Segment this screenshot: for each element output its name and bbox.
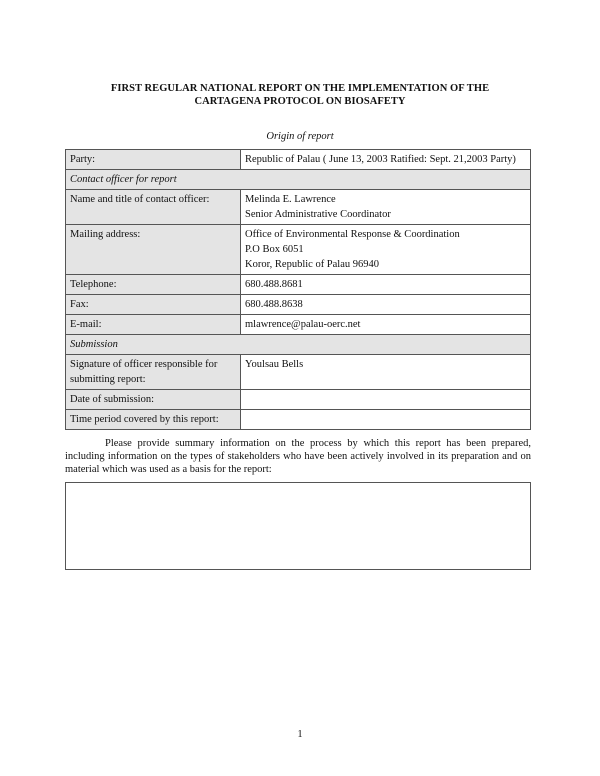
party-value: Republic of Palau ( June 13, 2003 Ratifi… bbox=[241, 150, 531, 170]
page-number: 1 bbox=[0, 729, 600, 740]
date-of-submission-label: Date of submission: bbox=[66, 390, 241, 410]
mailing-address-line-3: Koror, Republic of Palau 96940 bbox=[245, 257, 526, 272]
table-row-party: Party: Republic of Palau ( June 13, 2003… bbox=[66, 150, 531, 170]
table-row-time-period: Time period covered by this report: bbox=[66, 410, 531, 430]
time-period-value bbox=[241, 410, 531, 430]
summary-instructions: Please provide summary information on th… bbox=[65, 437, 531, 476]
table-row-submission-section: Submission bbox=[66, 335, 531, 355]
table-row-date-of-submission: Date of submission: bbox=[66, 390, 531, 410]
table-row-email: E-mail: mlawrence@palau-oerc.net bbox=[66, 315, 531, 335]
time-period-label: Time period covered by this report: bbox=[66, 410, 241, 430]
contact-name-value: Melinda E. Lawrence Senior Administrativ… bbox=[241, 190, 531, 225]
table-row-contact-name: Name and title of contact officer: Melin… bbox=[66, 190, 531, 225]
mailing-address-label: Mailing address: bbox=[66, 225, 241, 275]
telephone-label: Telephone: bbox=[66, 275, 241, 295]
signature-value: Youlsau Bells bbox=[241, 355, 531, 390]
contact-officer-title: Senior Administrative Coordinator bbox=[245, 207, 526, 222]
report-title: FIRST REGULAR NATIONAL REPORT ON THE IMP… bbox=[60, 82, 540, 108]
contact-name-label: Name and title of contact officer: bbox=[66, 190, 241, 225]
fax-value: 680.488.8638 bbox=[241, 295, 531, 315]
mailing-address-line-1: Office of Environmental Response & Coord… bbox=[245, 227, 526, 242]
signature-label: Signature of officer responsible for sub… bbox=[66, 355, 241, 390]
contact-officer-name: Melinda E. Lawrence bbox=[245, 192, 526, 207]
fax-label: Fax: bbox=[66, 295, 241, 315]
origin-of-report-table: Party: Republic of Palau ( June 13, 2003… bbox=[65, 149, 531, 430]
table-row-contact-section: Contact officer for report bbox=[66, 170, 531, 190]
contact-officer-section-header: Contact officer for report bbox=[66, 170, 531, 190]
date-of-submission-value bbox=[241, 390, 531, 410]
table-row-telephone: Telephone: 680.488.8681 bbox=[66, 275, 531, 295]
table-row-fax: Fax: 680.488.8638 bbox=[66, 295, 531, 315]
summary-answer-box bbox=[65, 482, 531, 570]
telephone-value: 680.488.8681 bbox=[241, 275, 531, 295]
table-row-signature: Signature of officer responsible for sub… bbox=[66, 355, 531, 390]
section-heading-origin: Origin of report bbox=[60, 131, 540, 142]
party-label: Party: bbox=[66, 150, 241, 170]
report-title-line-1: FIRST REGULAR NATIONAL REPORT ON THE IMP… bbox=[60, 82, 540, 95]
table-row-mailing-address: Mailing address: Office of Environmental… bbox=[66, 225, 531, 275]
report-title-line-2: CARTAGENA PROTOCOL ON BIOSAFETY bbox=[60, 95, 540, 108]
mailing-address-value: Office of Environmental Response & Coord… bbox=[241, 225, 531, 275]
mailing-address-line-2: P.O Box 6051 bbox=[245, 242, 526, 257]
submission-section-header: Submission bbox=[66, 335, 531, 355]
email-value: mlawrence@palau-oerc.net bbox=[241, 315, 531, 335]
email-label: E-mail: bbox=[66, 315, 241, 335]
